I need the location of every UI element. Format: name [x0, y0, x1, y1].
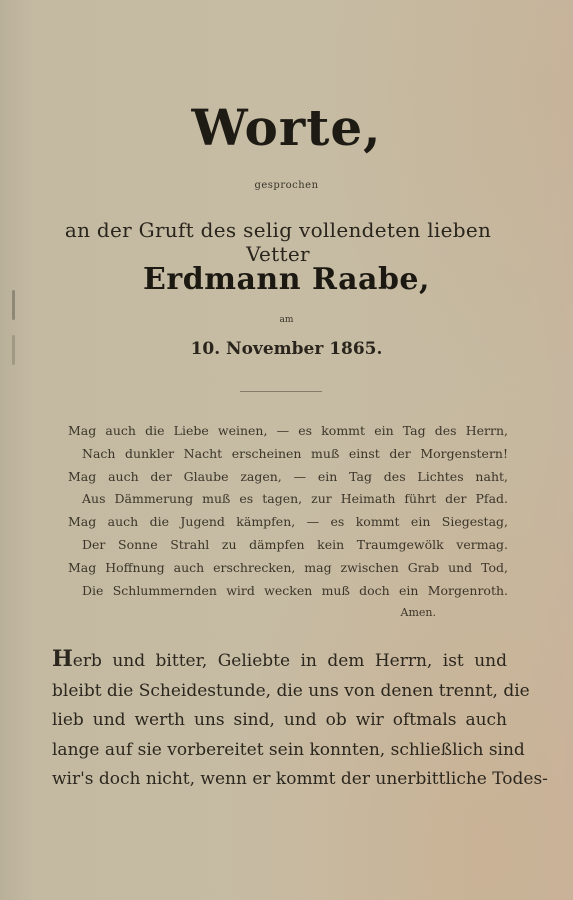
poem-line: Der Sonne Strahl zu dämpfen kein Traumge… [68, 534, 508, 557]
deceased-name: Erdmann Raabe, [0, 262, 573, 297]
divider-rule [240, 391, 322, 392]
poem-line: Mag auch die Liebe weinen, — es kommt ei… [68, 420, 508, 443]
body-line: Herb und bitter, Geliebte in dem Herrn, … [52, 645, 507, 677]
poem-block: Mag auch die Liebe weinen, — es kommt ei… [68, 420, 508, 625]
body-paragraph: Herb und bitter, Geliebte in dem Herrn, … [52, 645, 507, 795]
drop-initial: H [52, 646, 73, 672]
poem-line: Die Schlummernden wird wecken muß doch e… [68, 580, 508, 603]
spoken-label: gesprochen [0, 180, 573, 191]
body-line: bleibt die Scheidestunde, die uns von de… [52, 677, 507, 707]
poem-line: Aus Dämmerung muß es tagen, zur Heimath … [68, 488, 508, 511]
body-line: lieb und werth uns sind, und ob wir oftm… [52, 706, 507, 736]
page-title: Worte, [0, 98, 573, 157]
am-label: am [0, 315, 573, 325]
poem-line: Mag auch die Jugend kämpfen, — es kommt … [68, 511, 508, 534]
document-page: Worte, gesprochen an der Gruft des selig… [0, 0, 573, 900]
poem-line: Mag auch der Glaube zagen, — ein Tag des… [68, 466, 508, 489]
poem-line: Nach dunkler Nacht erscheinen muß einst … [68, 443, 508, 466]
date-line: 10. November 1865. [0, 339, 573, 359]
body-line: wir's doch nicht, wenn er kommt der uner… [52, 765, 507, 795]
dedication-line: an der Gruft des selig vollendeten liebe… [48, 218, 508, 266]
poem-closing: Amen. [68, 602, 508, 625]
body-line: lange auf sie vorbereitet sein konnten, … [52, 736, 507, 766]
poem-line: Mag Hoffnung auch erschrecken, mag zwisc… [68, 557, 508, 580]
body-line-text: erb und bitter, Geliebte in dem Herrn, i… [73, 651, 507, 671]
